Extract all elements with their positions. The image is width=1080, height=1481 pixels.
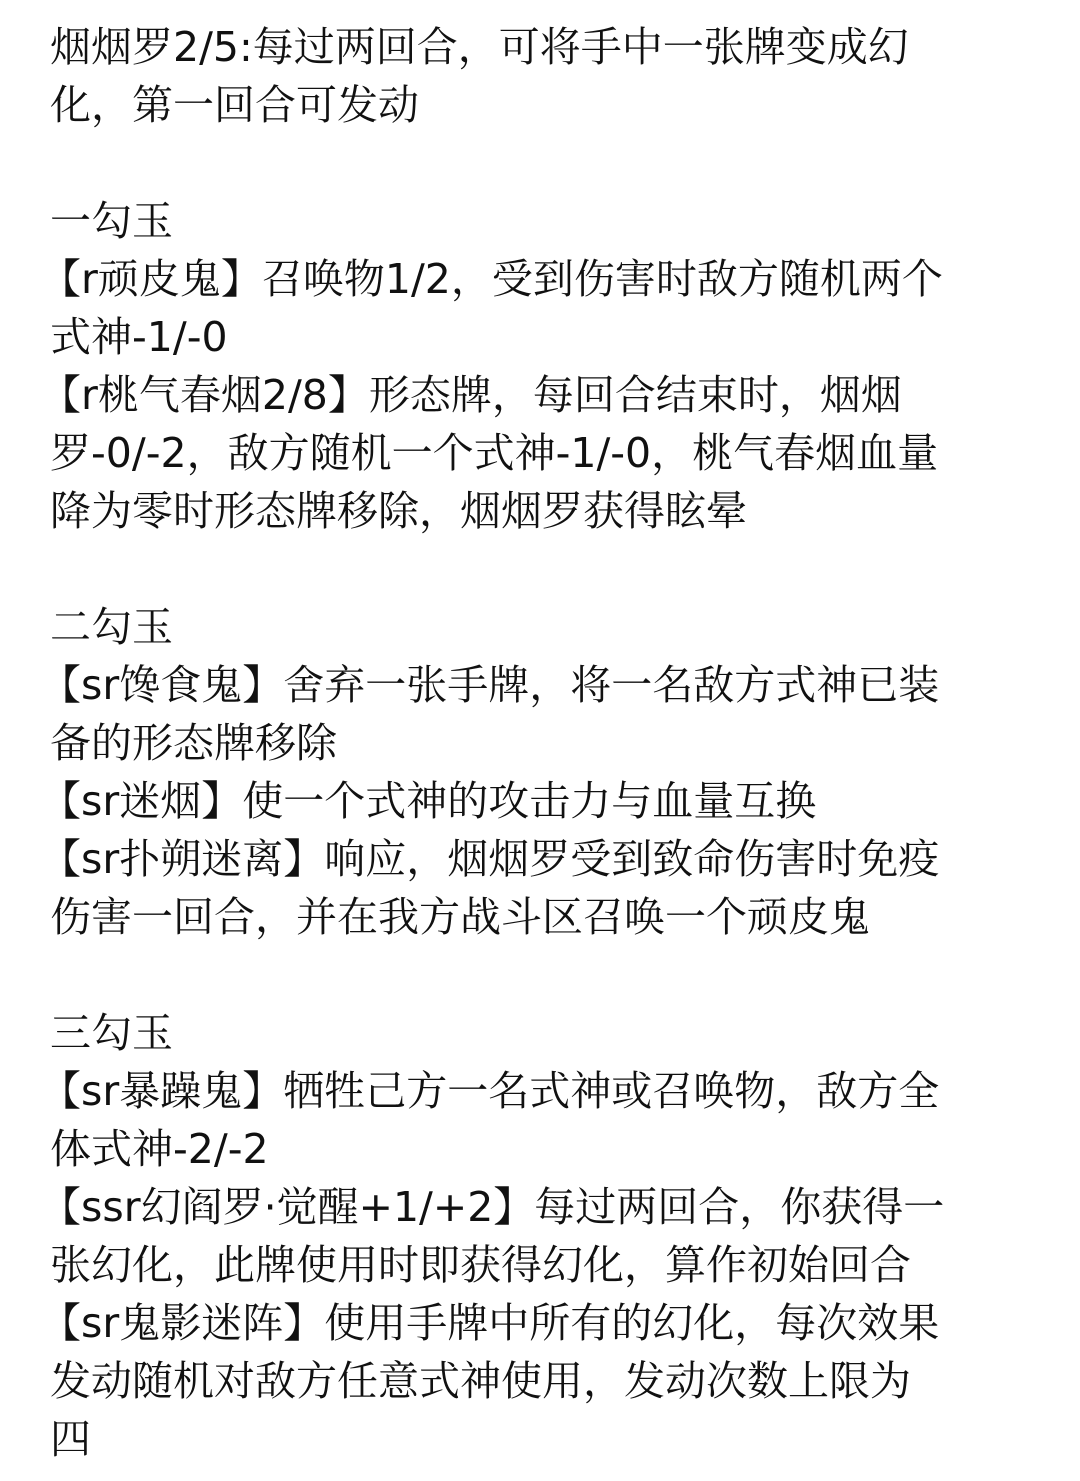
card-line: 伤害一回合，并在我方战斗区召唤一个顽皮鬼 [50,888,1060,946]
intro-line: 烟烟罗2/5:每过两回合，可将手中一张牌变成幻 [50,18,1060,76]
card-line: 张幻化，此牌使用时即获得幻化，算作初始回合 [50,1236,1060,1294]
card-entry: 【r顽皮鬼】召唤物1/2，受到伤害时敌方随机两个 式神-1/-0 [50,250,1060,366]
intro-line: 化，第一回合可发动 [50,76,1060,134]
card-entry: 【ssr幻阎罗·觉醒+1/+2】每过两回合，你获得一 张幻化，此牌使用时即获得幻… [50,1178,1060,1294]
card-line: 备的形态牌移除 [50,714,1060,772]
document-body: 烟烟罗2/5:每过两回合，可将手中一张牌变成幻 化，第一回合可发动 一勾玉 【r… [50,18,1060,1468]
card-line: 【sr扑朔迷离】响应，烟烟罗受到致命伤害时免疫 [40,830,1060,888]
card-line: 体式神-2/-2 [50,1120,1060,1178]
section-heading: 一勾玉 [50,192,1060,250]
card-entry: 【sr馋食鬼】舍弃一张手牌，将一名敌方式神已装 备的形态牌移除 [50,656,1060,772]
section-one-magatama: 一勾玉 【r顽皮鬼】召唤物1/2，受到伤害时敌方随机两个 式神-1/-0 【r桃… [50,192,1060,540]
card-line: 【sr暴躁鬼】牺牲己方一名式神或召唤物，敌方全 [40,1062,1060,1120]
card-line: 【r顽皮鬼】召唤物1/2，受到伤害时敌方随机两个 [40,250,1060,308]
blank-line [50,134,1060,192]
card-line: 四 [50,1410,1060,1468]
card-line: 【ssr幻阎罗·觉醒+1/+2】每过两回合，你获得一 [40,1178,1060,1236]
card-entry: 【sr鬼影迷阵】使用手牌中所有的幻化，每次效果 发动随机对敌方任意式神使用，发动… [50,1294,1060,1468]
card-line: 【sr鬼影迷阵】使用手牌中所有的幻化，每次效果 [40,1294,1060,1352]
section-heading: 三勾玉 [50,1004,1060,1062]
card-entry: 【r桃气春烟2/8】形态牌，每回合结束时，烟烟 罗-0/-2，敌方随机一个式神-… [50,366,1060,540]
card-entry: 【sr扑朔迷离】响应，烟烟罗受到致命伤害时免疫 伤害一回合，并在我方战斗区召唤一… [50,830,1060,946]
section-heading: 二勾玉 [50,598,1060,656]
card-line: 发动随机对敌方任意式神使用，发动次数上限为 [50,1352,1060,1410]
blank-line [50,540,1060,598]
section-three-magatama: 三勾玉 【sr暴躁鬼】牺牲己方一名式神或召唤物，敌方全 体式神-2/-2 【ss… [50,1004,1060,1468]
intro-paragraph: 烟烟罗2/5:每过两回合，可将手中一张牌变成幻 化，第一回合可发动 [50,18,1060,134]
card-line: 【r桃气春烟2/8】形态牌，每回合结束时，烟烟 [40,366,1060,424]
card-line: 【sr馋食鬼】舍弃一张手牌，将一名敌方式神已装 [40,656,1060,714]
section-two-magatama: 二勾玉 【sr馋食鬼】舍弃一张手牌，将一名敌方式神已装 备的形态牌移除 【sr迷… [50,598,1060,946]
card-line: 罗-0/-2，敌方随机一个式神-1/-0，桃气春烟血量 [50,424,1060,482]
blank-line [50,946,1060,1004]
card-line: 【sr迷烟】使一个式神的攻击力与血量互换 [40,772,1060,830]
card-entry: 【sr迷烟】使一个式神的攻击力与血量互换 [50,772,1060,830]
card-line: 降为零时形态牌移除，烟烟罗获得眩晕 [50,482,1060,540]
card-line: 式神-1/-0 [50,308,1060,366]
card-entry: 【sr暴躁鬼】牺牲己方一名式神或召唤物，敌方全 体式神-2/-2 [50,1062,1060,1178]
